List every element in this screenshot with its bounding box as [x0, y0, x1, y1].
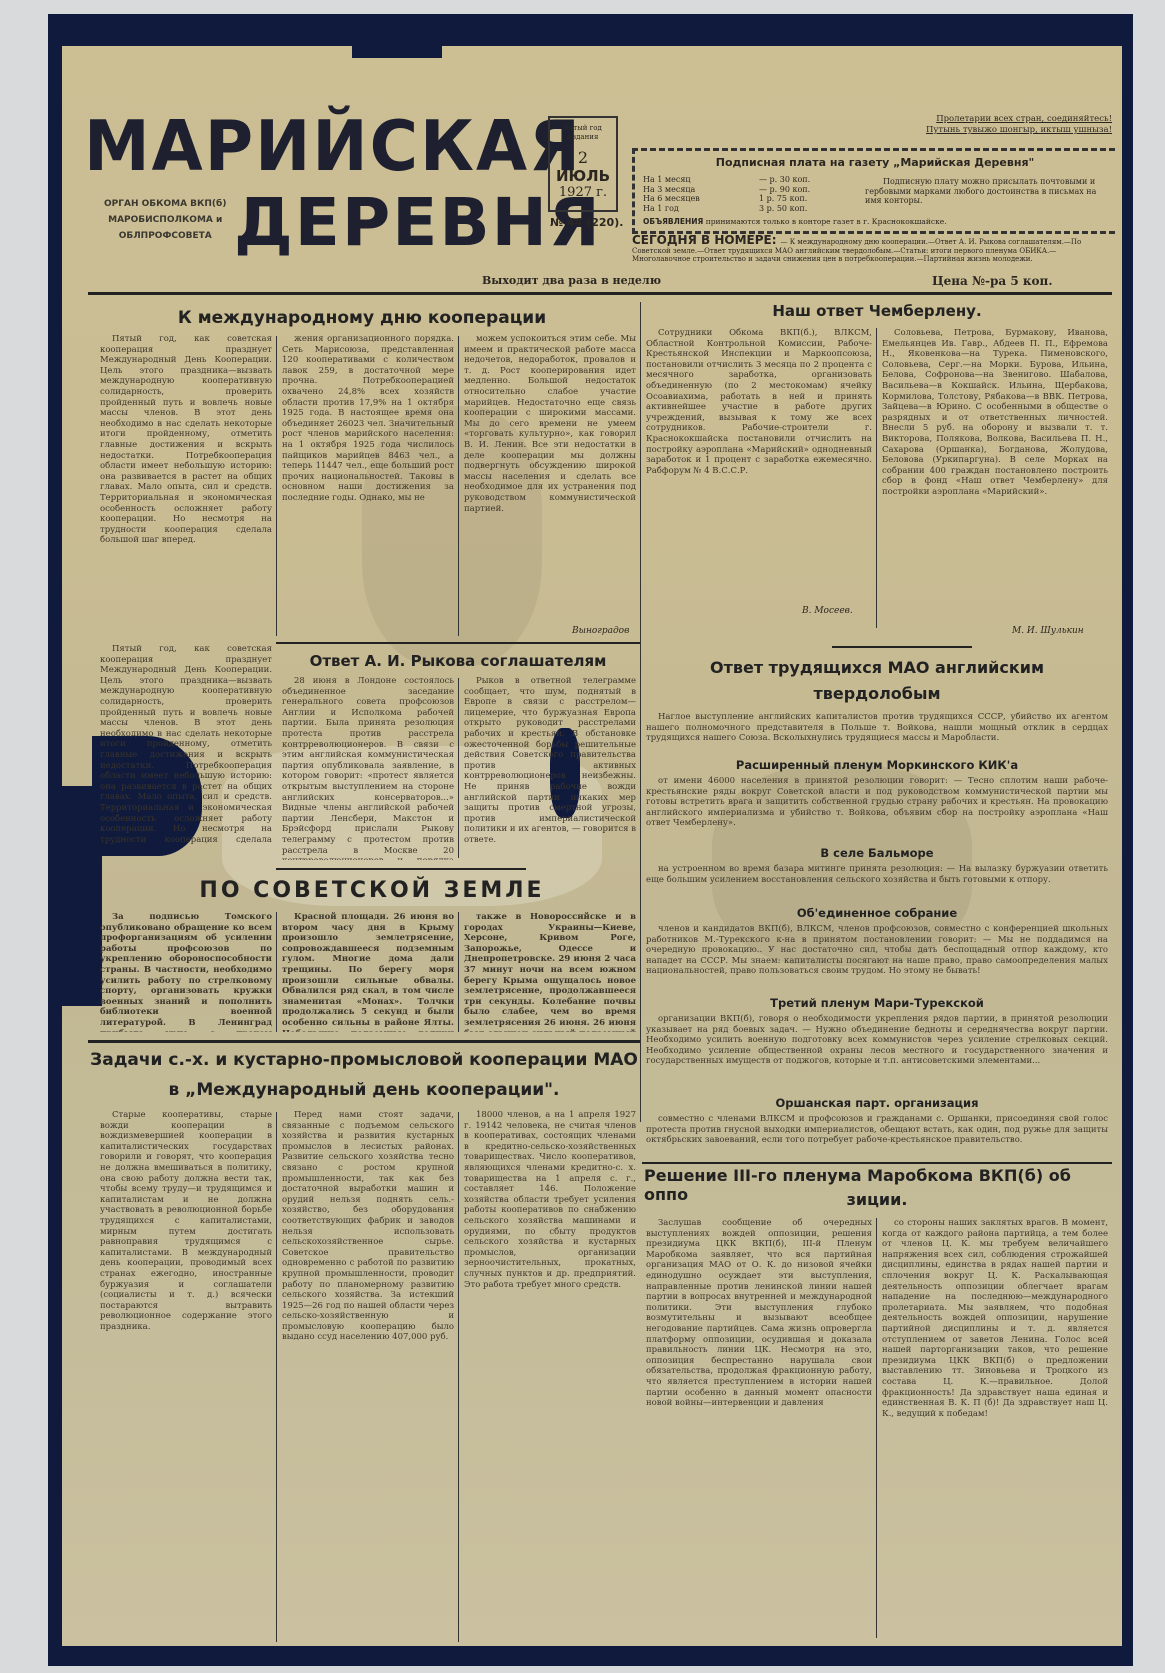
rate-term: На 3 месяца [643, 185, 733, 195]
subscription-box: Подписная плата на газету „Марийская Дер… [632, 148, 1115, 234]
section-rule [276, 642, 640, 644]
rykov-column: Рыков в ответной телеграмме сообщает, чт… [464, 676, 636, 860]
ads-text: принимаются только в конторе газет в г. … [706, 217, 947, 226]
newspaper-page: МАРИЙСКАЯ ДЕРЕВНЯ ОРГАН ОБКОМА ВКП(б) МА… [62, 46, 1122, 1646]
column-text: Красной площади. 26 июня во втором часу … [282, 912, 454, 1032]
column-text: Наглое выступление английских капиталист… [646, 712, 1108, 744]
plenum-column: со стороны наших заклятых врагов. В моме… [882, 1218, 1108, 1638]
coop-tasks-column: 18000 членов, а на 1 апреля 1927 г. 1914… [464, 1110, 636, 1640]
headline-chamberlain: Наш ответ Чемберлену. [642, 302, 1112, 320]
column-text: 28 июня в Лондоне состоялось объединенно… [282, 676, 454, 860]
column-divider [276, 336, 277, 636]
section-rule [832, 646, 972, 648]
rate-price: — р. 30 коп. [759, 175, 810, 185]
column-text: со стороны наших заклятых врагов. В моме… [882, 1218, 1108, 1419]
column-text: также в Новороссийске и в городах Украин… [464, 912, 636, 1032]
coop-day-column: жения организационного порядка. Сеть Мар… [282, 334, 454, 634]
rate-term: На 6 месяцев [643, 194, 733, 204]
chamberlain-column: Сотрудники Обкома ВКП(б.), ВЛКСМ, Област… [646, 328, 872, 598]
column-text: от имени 46000 населения в принятой резо… [646, 776, 1108, 829]
rate-term: На 1 месяц [643, 175, 733, 185]
column-divider [876, 328, 877, 628]
column-divider [458, 912, 459, 1032]
column-divider [276, 912, 277, 1032]
headline-mao-reply-sub: твердолобым [642, 684, 1112, 703]
column-divider [458, 336, 459, 636]
column-text: организации ВКП(б), говоря о необходимос… [646, 1014, 1108, 1067]
rate-term: На 1 год [643, 204, 733, 214]
column-text: 18000 членов, а на 1 апреля 1927 г. 1914… [464, 1110, 636, 1290]
section-title: Об'единенное собрание [646, 906, 1108, 920]
rate-row: На 1 год3 р. 50 коп. [643, 204, 810, 214]
column-text: Старые кооперативы, старые вожди коопера… [100, 1110, 272, 1332]
column-text: Сотрудники Обкома ВКП(б.), ВЛКСМ, Област… [646, 328, 872, 476]
column-divider [876, 1218, 877, 1638]
column-text: на устроенном во время базара митинге пр… [646, 864, 1108, 885]
organ-line: ОРГАН ОБКОМА ВКП(б) [104, 196, 226, 212]
plenum-column: Заслушав сообщение об очередных выступле… [646, 1218, 872, 1638]
ads-notice: ОБЪЯВЛЕНИЯ принимаются только в конторе … [643, 217, 947, 226]
soviet-land-column: За подписью Томского опубликовано обраще… [100, 912, 272, 1032]
coop-day-continued: Пятый год, как советская кооперация праз… [100, 644, 272, 844]
rykov-column: 28 июня в Лондоне состоялось объединенно… [282, 676, 454, 860]
section-text: совместно с членами ВЛКСМ и профсоюзов и… [646, 1114, 1108, 1158]
slogan-mari: Путынь тувыжо шонгыр, иктыш ушныза! [922, 125, 1112, 136]
subscription-note: Подписную плату можно присылать почтовым… [865, 177, 1105, 206]
column-divider [458, 678, 459, 858]
torn-area [352, 46, 442, 58]
rate-row: На 6 месяцев1 р. 75 коп. [643, 194, 810, 204]
today-label: СЕГОДНЯ В НОМЕРЕ: [632, 233, 777, 247]
soviet-land-column: Красной площади. 26 июня во втором часу … [282, 912, 454, 1032]
section-text: на устроенном во время базара митинге пр… [646, 864, 1108, 898]
section-text: членов и кандидатов ВКП(б), ВЛКСМ, члено… [646, 924, 1108, 990]
column-text: можем успокоиться этим себе. Мы имеем и … [464, 334, 636, 514]
column-text: Соловьева, Петрова, Бурмакову, Иванова, … [882, 328, 1108, 498]
slogan: Пролетарии всех стран, соединяйтесь! Пут… [922, 114, 1112, 136]
mao-reply-intro: Наглое выступление английских капиталист… [646, 712, 1108, 756]
ads-label: ОБЪЯВЛЕНИЯ [643, 217, 703, 226]
coop-tasks-column: Старые кооперативы, старые вожди коопера… [100, 1110, 272, 1640]
slogan-russian: Пролетарии всех стран, соединяйтесь! [922, 114, 1112, 125]
headline-mao-reply: Ответ трудящихся МАО английским [642, 658, 1112, 677]
coop-day-column: можем успокоиться этим себе. Мы имеем и … [464, 334, 636, 624]
masthead-rule [88, 292, 1112, 295]
section-title: Третий пленум Мари-Турекской [646, 996, 1108, 1010]
issue-price: Цена №-ра 5 коп. [932, 274, 1053, 288]
headline-coop-tasks: Задачи с.-х. и кустарно-промысловой кооп… [88, 1050, 640, 1070]
chamberlain-column: Соловьева, Петрова, Бурмакову, Иванова, … [882, 328, 1108, 618]
section-text: от имени 46000 населения в принятой резо… [646, 776, 1108, 840]
headline-rykov: Ответ А. И. Рыкова соглашателям [276, 652, 640, 670]
organ-line: ОБЛПРОФСОВЕТА [104, 228, 226, 244]
column-text: За подписью Томского опубликовано обраще… [100, 912, 272, 1032]
section-text: организации ВКП(б), говоря о необходимос… [646, 1014, 1108, 1088]
publication-frequency: Выходит два раза в неделю [482, 274, 661, 287]
section-rule [276, 868, 526, 870]
date-year: 1927 г. [550, 185, 616, 200]
organ-line: МАРОБИСПОЛКОМА и [104, 212, 226, 228]
section-rule [642, 1162, 1112, 1164]
column-text: Рыков в ответной телеграмме сообщает, чт… [464, 676, 636, 846]
date-month: ИЮЛЬ [550, 167, 616, 185]
soviet-land-column: также в Новороссийске и в городах Украин… [464, 912, 636, 1032]
column-text: Заслушав сообщение об очередных выступле… [646, 1218, 872, 1409]
masthead-title-line1: МАРИЙСКАЯ [84, 106, 582, 187]
coop-tasks-column: Перед нами стоят задачи, связанные с под… [282, 1110, 454, 1640]
date-box: пятый год издания 2 ИЮЛЬ 1927 г. [548, 116, 618, 212]
column-divider [458, 1112, 459, 1642]
signature: Выноградов [572, 626, 629, 636]
today-in-issue: СЕГОДНЯ В НОМЕРЕ:— К международному дню … [632, 236, 1112, 264]
column-text: жения организационного порядка. Сеть Мар… [282, 334, 454, 504]
headline-soviet-land: ПО СОВЕТСКОЙ ЗЕМЛЕ [102, 878, 642, 903]
rate-price: — р. 90 коп. [759, 185, 810, 195]
rate-price: 1 р. 75 коп. [759, 194, 807, 204]
column-text: членов и кандидатов ВКП(б), ВЛКСМ, члено… [646, 924, 1108, 977]
section-title: В селе Бальморе [646, 846, 1108, 860]
publication-year-label: пятый год издания [550, 124, 616, 142]
column-text: Пятый год, как советская кооперация праз… [100, 334, 272, 546]
column-text: совместно с членами ВЛКСМ и профсоюзов и… [646, 1114, 1108, 1146]
publisher-organ: ОРГАН ОБКОМА ВКП(б) МАРОБИСПОЛКОМА и ОБЛ… [104, 196, 226, 244]
date-day: 2 [550, 148, 616, 167]
subscription-heading: Подписная плата на газету „Марийская Дер… [635, 156, 1115, 169]
issue-number: № 44 (220). [550, 216, 623, 229]
subscription-rates: На 1 месяц— р. 30 коп. На 3 месяца— р. 9… [643, 175, 810, 213]
signature: В. Мосеев. [802, 606, 853, 616]
coop-day-column: Пятый год, как советская кооперация праз… [100, 334, 272, 634]
headline-coop-day: К международному дню кооперации [102, 308, 622, 328]
column-text: Пятый год, как советская кооперация праз… [100, 644, 272, 844]
torn-area [62, 786, 102, 1006]
headline-plenum-decision-sub: зиции. [642, 1190, 1112, 1209]
column-divider [276, 1112, 277, 1642]
rate-price: 3 р. 50 коп. [759, 204, 807, 214]
masthead-title-line2: ДЕРЕВНЯ [234, 184, 602, 261]
section-divider [640, 302, 641, 1122]
headline-coop-tasks-sub: в „Международный день кооперации". [88, 1080, 640, 1100]
section-rule [88, 1040, 640, 1043]
rate-row: На 1 месяц— р. 30 коп. [643, 175, 810, 185]
rate-row: На 3 месяца— р. 90 коп. [643, 185, 810, 195]
column-text: Перед нами стоят задачи, связанные с под… [282, 1110, 454, 1343]
signature: М. И. Шулькин [1012, 626, 1084, 636]
section-title: Оршанская парт. организация [646, 1096, 1108, 1110]
section-title: Расширенный пленум Моркинского КИК'а [646, 758, 1108, 772]
